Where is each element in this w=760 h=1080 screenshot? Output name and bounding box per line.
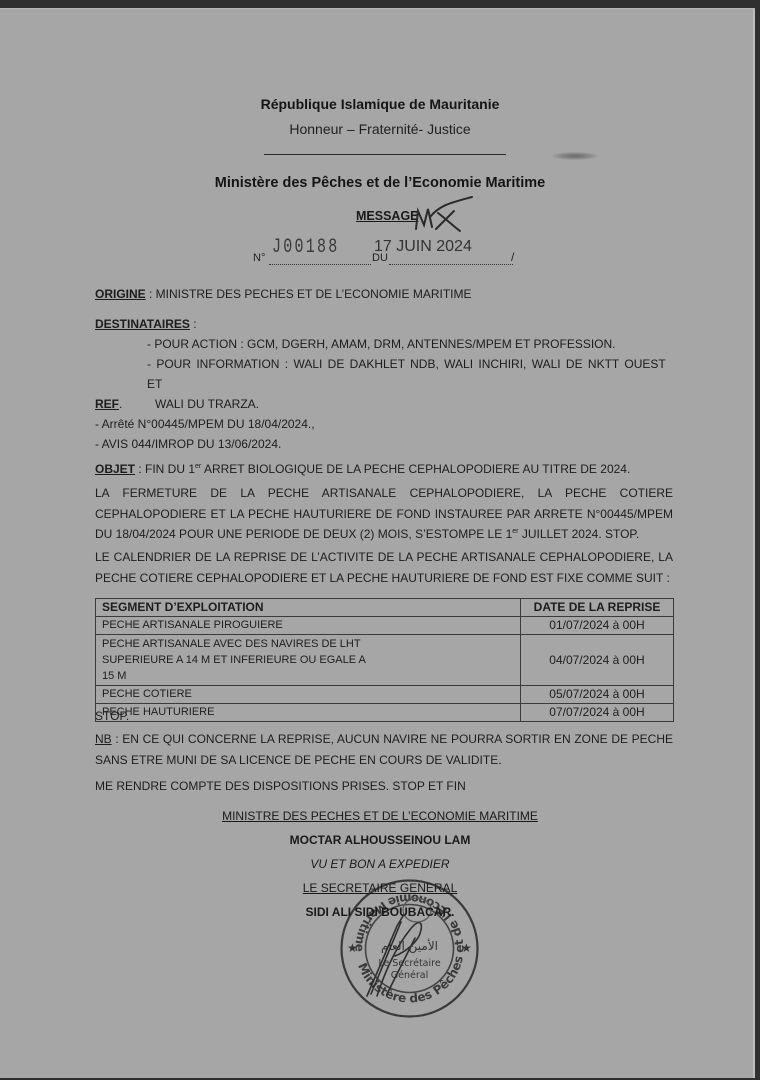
ministry-heading: Ministère des Pêches et de l’Economie Ma… [0,175,760,191]
segment-cell: PECHE ARTISANALE PIROGUIERE [96,617,521,635]
approval-note: VU ET BON A EXPEDIER [0,857,760,871]
ink-smudge [552,152,598,160]
secretary-general-title: LE SECRETAIRE GENERAL [0,881,760,895]
column-header-date: DATE DE LA REPRISE [521,599,674,617]
official-seal-icon: Ministère des Pêches et de l'Economie Ma… [337,876,482,1021]
nb-text: : EN CE QUI CONCERNE LA REPRISE, AUCUN N… [95,732,673,767]
header-divider [264,154,506,155]
number-dotted-line [269,264,371,265]
objet-label: OBJET [95,462,135,476]
number-prefix: N° [253,252,265,264]
svg-text:★: ★ [347,941,358,955]
stamped-date: 17 JUIN 2024 [374,238,472,256]
destinataire-information: - POUR INFORMATION : WALI DE DAKHLET NDB… [95,354,673,394]
stamped-number: J00188 [272,236,340,259]
table-row: PECHE ARTISANALE AVEC DES NAVIRES DE LHT… [96,635,674,686]
date-dotted-line [389,264,513,265]
table-row: PECHE ARTISANALE PIROGUIERE 01/07/2024 à… [96,617,674,635]
date-cell: 05/07/2024 à 00H [521,686,674,704]
fermeture-text-cont: JUILLET 2024. STOP. [518,527,639,541]
ref-item: - AVIS 044/IMROP DU 13/06/2024. [95,434,673,454]
objet-line: OBJET : FIN DU 1er ARRET BIOLOGIQUE DE L… [95,459,673,479]
nb-label: NB [95,732,112,746]
closing-line: ME RENDRE COMPTE DES DISPOSITIONS PRISES… [95,776,673,796]
origine-label: ORIGINE [95,287,146,301]
schedule-table: SEGMENT D’EXPLOITATION DATE DE LA REPRIS… [95,598,674,722]
objet-text-cont: ARRET BIOLOGIQUE DE LA PECHE CEPHALOPODI… [201,462,630,476]
paragraph-fermeture: LA FERMETURE DE LA PECHE ARTISANALE CEPH… [95,483,673,545]
date-cell: 01/07/2024 à 00H [521,617,674,635]
segment-cell: PECHE ARTISANALE AVEC DES NAVIRES DE LHT… [96,635,521,686]
paragraph-calendrier: LE CALENDRIER DE LA REPRISE DE L’ACTIVIT… [95,547,673,589]
destinataires-label: DESTINATAIRES [95,317,190,331]
svg-text:★: ★ [461,941,472,955]
objet-text: : FIN DU 1 [135,462,195,476]
column-header-segment: SEGMENT D’EXPLOITATION [96,599,521,617]
stop-after-table: STOP. [95,706,673,726]
number-suffix: / [511,250,514,264]
date-cell: 04/07/2024 à 00H [521,635,674,686]
national-motto: Honneur – Fraternité- Justice [0,121,760,137]
ref-item: - Arrêté N°00445/MPEM DU 18/04/2024., [95,414,673,434]
initials-scribble-icon [410,195,480,235]
table-header-row: SEGMENT D’EXPLOITATION DATE DE LA REPRIS… [96,599,674,617]
destinataires-colon: : [190,317,197,331]
svg-text:الأمين العام: الأمين العام [381,938,438,954]
signatory-title: MINISTRE DES PECHES ET DE L’ECONOMIE MAR… [0,809,760,823]
ref-dot: . [119,397,122,411]
origine-value: : MINISTRE DES PECHES ET DE L’ECONOMIE M… [146,287,472,301]
table-row: PECHE COTIERE 05/07/2024 à 00H [96,686,674,704]
destinataire-action: - POUR ACTION : GCM, DGERH, AMAM, DRM, A… [95,334,673,354]
republic-heading: République Islamique de Mauritanie [0,96,760,112]
segment-cell: PECHE COTIERE [96,686,521,704]
origine-line: ORIGINE : MINISTRE DES PECHES ET DE L’EC… [95,284,673,304]
ref-section: REF. - Arrêté N°00445/MPEM DU 18/04/2024… [95,394,673,454]
ref-label: REF [95,397,119,411]
nb-paragraph: NB : EN CE QUI CONCERNE LA REPRISE, AUCU… [95,729,673,770]
secretary-general-name: SIDI ALI SIDI BOUBACAR. [0,905,760,919]
signatory-name: MOCTAR ALHOUSSEINOU LAM [0,833,760,847]
